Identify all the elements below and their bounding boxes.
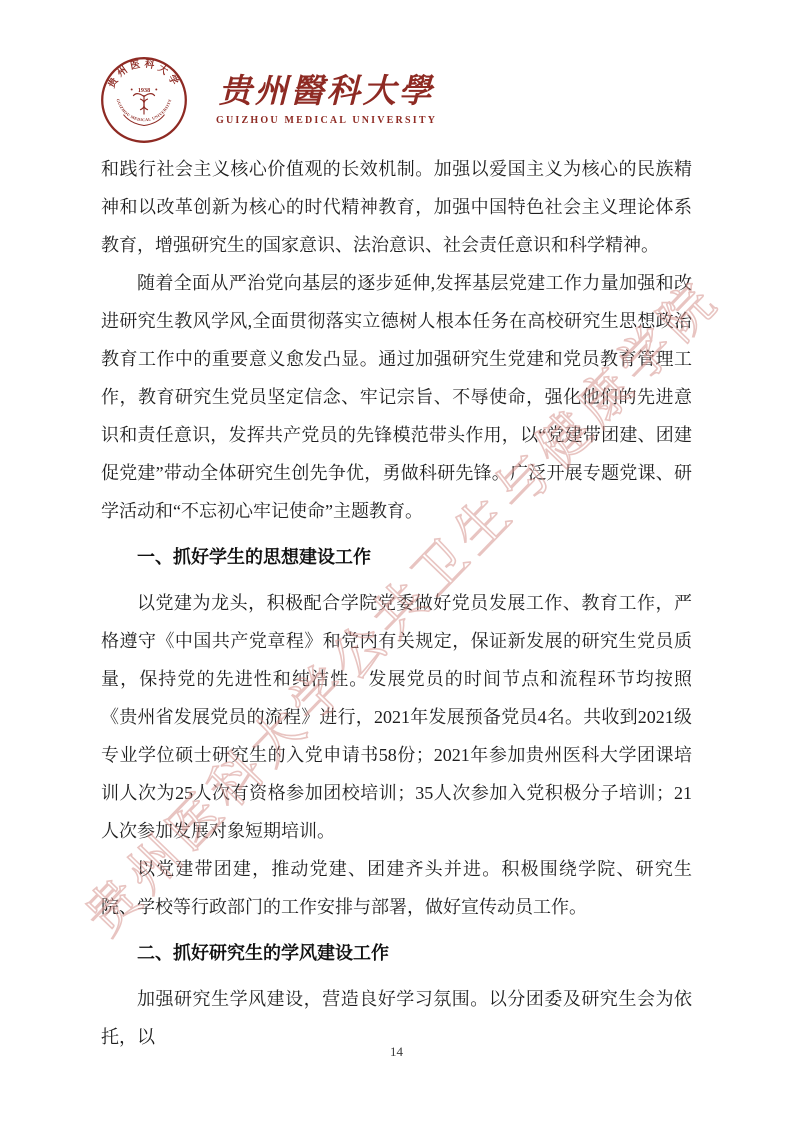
body-paragraph: 以党建带团建，推动党建、团建齐头并进。积极围绕学院、研究生院、学校等行政部门的工… [101,850,692,926]
university-name-en: GUIZHOU MEDICAL UNIVERSITY [216,115,437,126]
caduceus-icon [133,94,154,114]
svg-text:贵州医科大学: 贵州医科大学 [105,57,184,90]
seal-top-text: 贵州医科大学 [105,57,184,90]
document-body: 和践行社会主义核心价值观的长效机制。加强以爱国主义为核心的民族精神和以改革创新为… [101,150,692,1056]
document-page: 贵州医科大学 1938 GUIZHOU MEDICAL UNIVERSITY 贵… [0,0,793,1122]
university-wordmark: 贵州醫科大學 GUIZHOU MEDICAL UNIVERSITY [216,74,437,126]
body-paragraph: 加强研究生学风建设，营造良好学习氛围。以分团委及研究生会为依托，以 [101,980,692,1056]
section-heading-1: 一、抓好学生的思想建设工作 [101,538,692,576]
body-paragraph: 随着全面从严治党向基层的逐步延伸,发挥基层党建工作力量加强和改进研究生教风学风,… [101,264,692,530]
body-paragraph: 以党建为龙头，积极配合学院党委做好党员发展工作、教育工作，严格遵守《中国共产党章… [101,584,692,850]
university-name-zh: 贵州醫科大學 [219,74,435,110]
university-logo: 贵州医科大学 1938 GUIZHOU MEDICAL UNIVERSITY 贵… [100,56,437,144]
section-heading-2: 二、抓好研究生的学风建设工作 [101,934,692,972]
seal-year: 1938 [138,88,150,94]
body-paragraph: 和践行社会主义核心价值观的长效机制。加强以爱国主义为核心的民族精神和以改革创新为… [101,150,692,264]
university-seal-icon: 贵州医科大学 1938 GUIZHOU MEDICAL UNIVERSITY [100,56,188,144]
